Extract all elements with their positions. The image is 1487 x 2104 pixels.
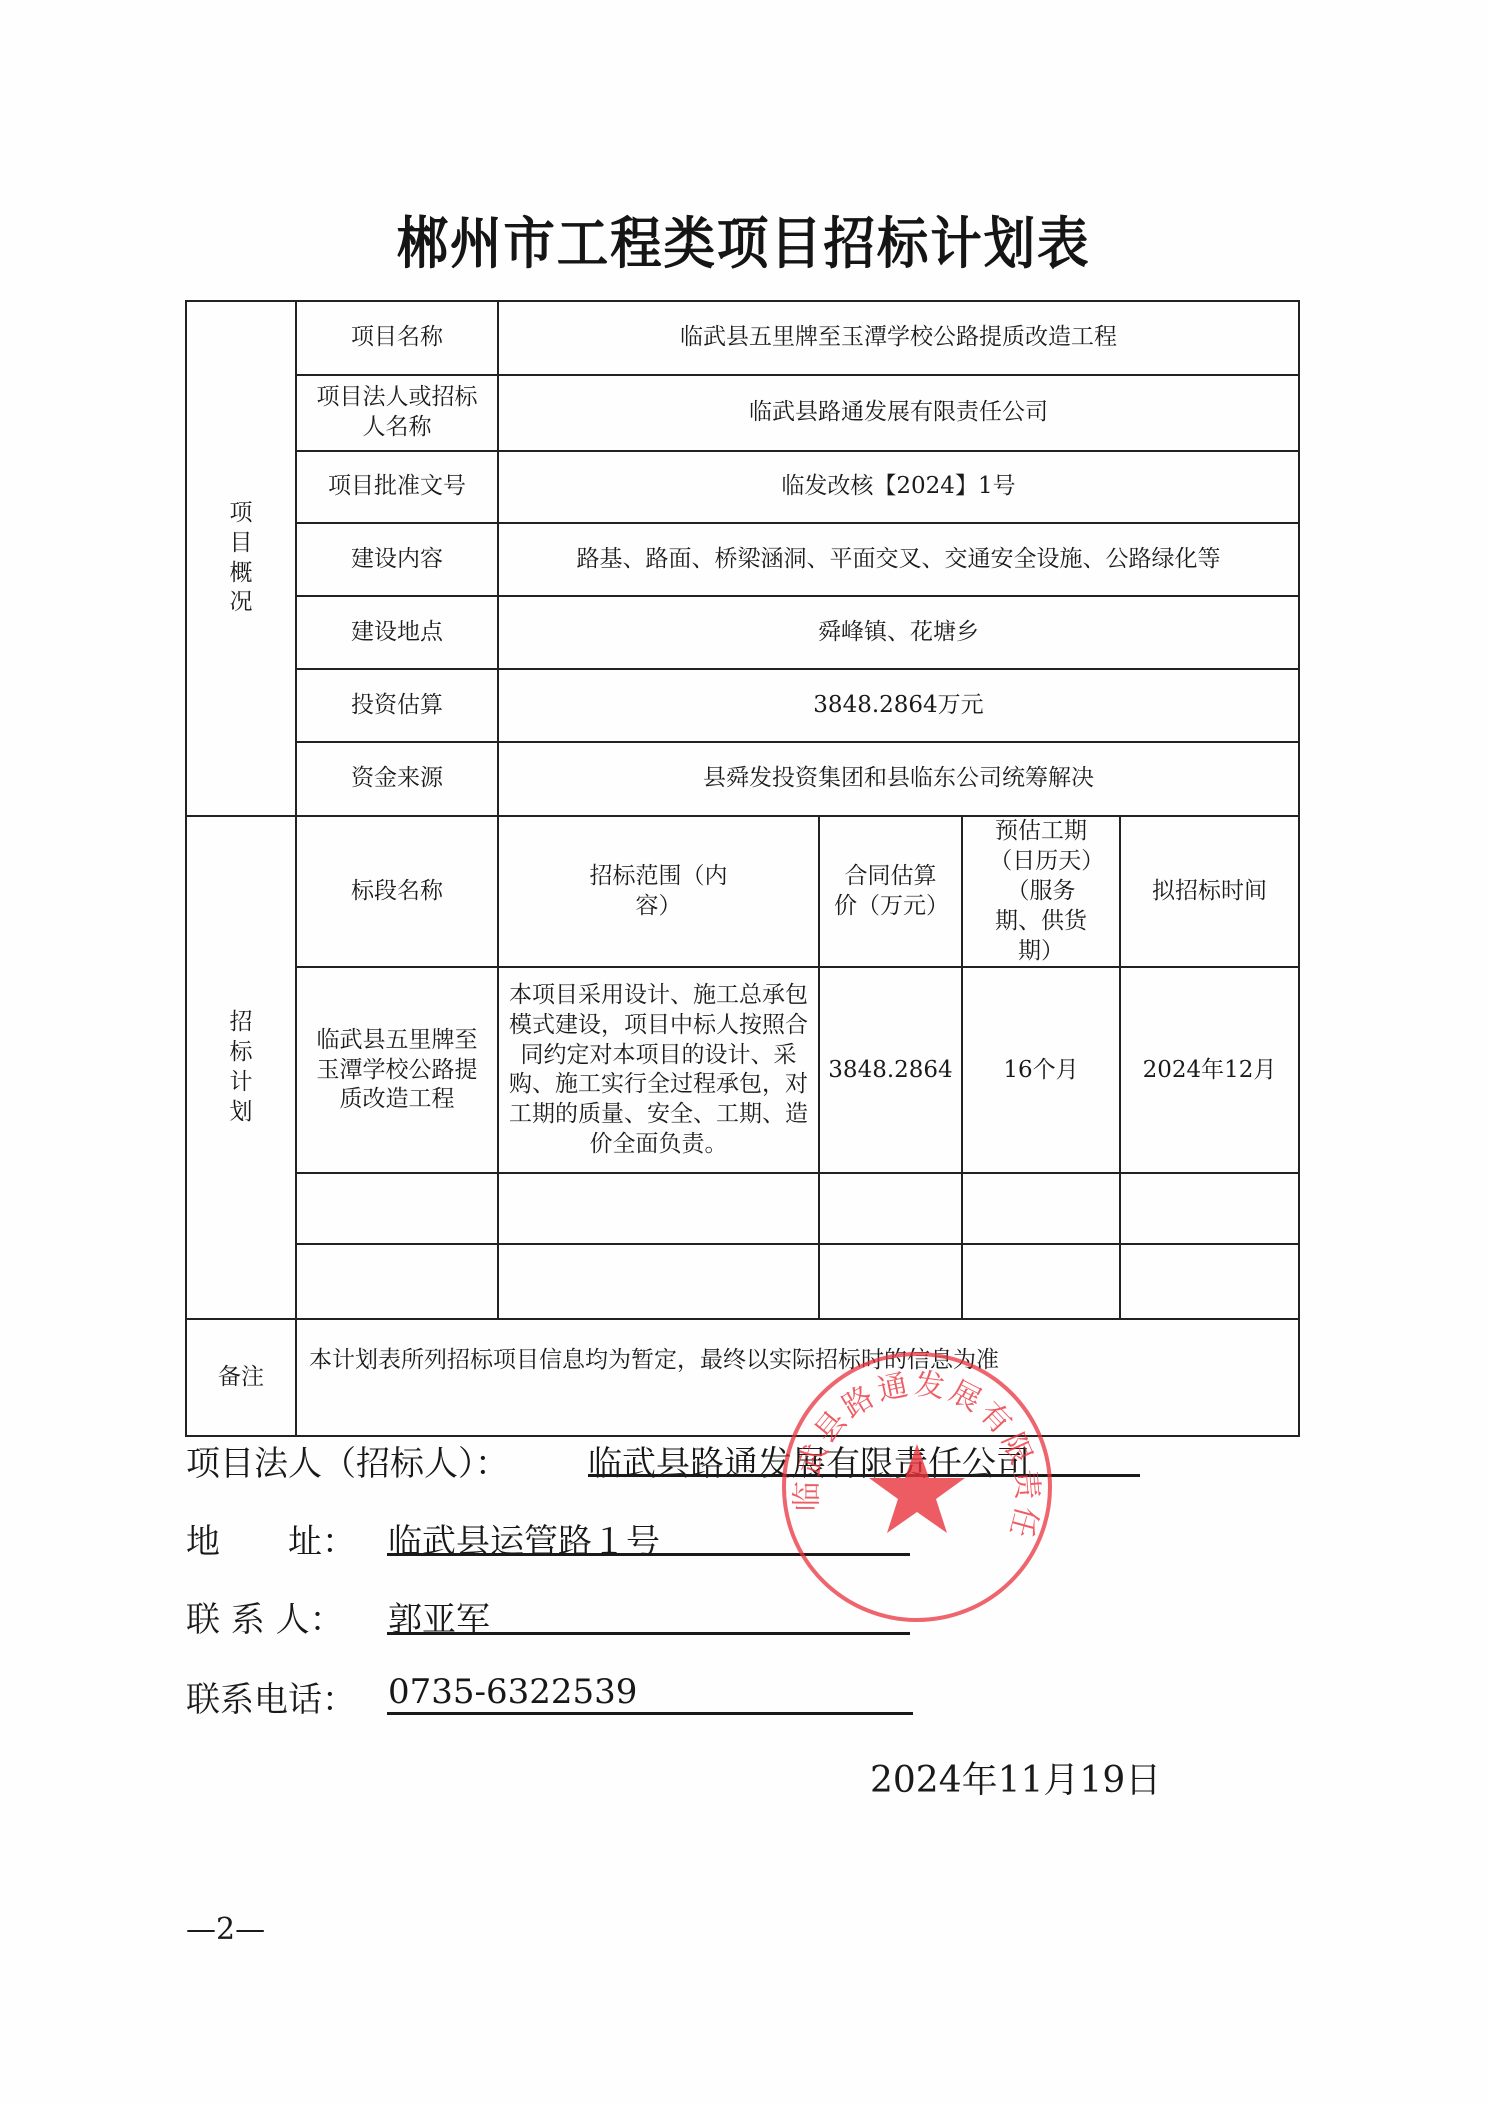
tenderer-value: 临武县路通发展有限责任公司 [498, 375, 1299, 451]
section-char: 况 [230, 589, 253, 615]
field-label: 建设内容 [296, 523, 498, 596]
column-header: 标段名称 [296, 816, 498, 967]
location-value: 舜峰镇、花塘乡 [498, 596, 1299, 669]
section-char: 计 [230, 1069, 253, 1095]
project-name-value: 临武县五里牌至玉潭学校公路提质改造工程 [498, 301, 1299, 375]
plan-header-row: 招 标 计 划 标段名称 招标范围（内容） 合同估算价（万元） 预估工期（日历天… [186, 816, 1299, 967]
scope-cell [498, 1244, 819, 1319]
overview-row: 项目法人或招标人名称 临武县路通发展有限责任公司 [186, 375, 1299, 451]
section-char: 标 [230, 1039, 253, 1065]
overview-row: 建设地点 舜峰镇、花塘乡 [186, 596, 1299, 669]
section-char: 项 [230, 500, 253, 526]
funding-source-value: 县舜发投资集团和县临东公司统筹解决 [498, 742, 1299, 816]
duration-cell [962, 1244, 1120, 1319]
overview-row: 资金来源 县舜发投资集团和县临东公司统筹解决 [186, 742, 1299, 816]
duration-cell [962, 1173, 1120, 1244]
overview-row: 项 目 概 况 项目名称 临武县五里牌至玉潭学校公路提质改造工程 [186, 301, 1299, 375]
field-label: 项目法人或招标人名称 [296, 375, 498, 451]
overview-row: 建设内容 路基、路面、桥梁涵洞、平面交叉、交通安全设施、公路绿化等 [186, 523, 1299, 596]
field-label: 项目名称 [296, 301, 498, 375]
investment-value: 3848.2864万元 [498, 669, 1299, 742]
phone-line: 联系电话： 0735-6322539 [186, 1672, 356, 1721]
lot-name-cell [296, 1173, 498, 1244]
price-cell [819, 1244, 962, 1319]
scope-cell: 本项目采用设计、施工总承包模式建设，项目中标人按照合同约定对本项目的设计、采购、… [498, 967, 819, 1173]
price-cell [819, 1173, 962, 1244]
column-header: 拟招标时间 [1120, 816, 1299, 967]
bidding-plan-table: 项 目 概 况 项目名称 临武县五里牌至玉潭学校公路提质改造工程 项目法人或招标… [185, 300, 1300, 1437]
remarks-text: 本计划表所列招标项目信息均为暂定，最终以实际招标时的信息为准 [296, 1319, 1299, 1436]
plan-row: 临武县五里牌至玉潭学校公路提质改造工程 本项目采用设计、施工总承包模式建设，项目… [186, 967, 1299, 1173]
scope-cell [498, 1173, 819, 1244]
field-label: 投资估算 [296, 669, 498, 742]
underline [387, 1712, 913, 1715]
lot-name-cell: 临武县五里牌至玉潭学校公路提质改造工程 [296, 967, 498, 1173]
address-line: 地 址： 临武县运管路１号 [186, 1514, 356, 1563]
underline [588, 1474, 1140, 1477]
column-header: 预估工期（日历天）（服务期、供货期） [962, 816, 1120, 967]
contact-line: 联 系 人： 郭亚军 [186, 1592, 344, 1641]
column-header: 合同估算价（万元） [819, 816, 962, 967]
overview-row: 项目批准文号 临发改核【2024】1号 [186, 451, 1299, 523]
section-char: 目 [230, 530, 253, 556]
section-char: 招 [230, 1009, 253, 1035]
document-title: 郴州市工程类项目招标计划表 [59, 200, 1427, 280]
legal-person-value: 临武县路通发展有限责任公司 [588, 1436, 1030, 1485]
contact-label: 联 系 人： [186, 1592, 344, 1641]
plan-section-label: 招 标 计 划 [186, 816, 296, 1319]
phone-label: 联系电话： [186, 1672, 356, 1721]
legal-person-line: 项目法人（招标人）： 临武县路通发展有限责任公司 [186, 1436, 509, 1485]
field-label: 建设地点 [296, 596, 498, 669]
underline [387, 1553, 910, 1556]
bid-time-cell [1120, 1173, 1299, 1244]
remarks-label: 备注 [186, 1319, 296, 1436]
remarks-row: 备注 本计划表所列招标项目信息均为暂定，最终以实际招标时的信息为准 [186, 1319, 1299, 1436]
bid-time-cell: 2024年12月 [1120, 967, 1299, 1173]
legal-person-label: 项目法人（招标人）： [186, 1436, 509, 1485]
approval-no-value: 临发改核【2024】1号 [498, 451, 1299, 523]
plan-row-empty [186, 1244, 1299, 1319]
plan-row-empty [186, 1173, 1299, 1244]
overview-row: 投资估算 3848.2864万元 [186, 669, 1299, 742]
overview-section-label: 项 目 概 况 [186, 301, 296, 816]
column-header: 招标范围（内容） [498, 816, 819, 967]
section-char: 划 [230, 1099, 253, 1125]
underline [387, 1632, 910, 1635]
construction-content-value: 路基、路面、桥梁涵洞、平面交叉、交通安全设施、公路绿化等 [498, 523, 1299, 596]
address-label: 地 址： [186, 1514, 356, 1563]
section-char: 概 [230, 560, 253, 586]
lot-name-cell [296, 1244, 498, 1319]
price-cell: 3848.2864 [819, 967, 962, 1173]
bid-time-cell [1120, 1244, 1299, 1319]
page-number: —2— [186, 1912, 265, 1947]
field-label: 资金来源 [296, 742, 498, 816]
document-date: 2024年11月19日 [870, 1752, 1161, 1803]
duration-cell: 16个月 [962, 967, 1120, 1173]
field-label: 项目批准文号 [296, 451, 498, 523]
phone-value: 0735-6322539 [388, 1672, 637, 1712]
